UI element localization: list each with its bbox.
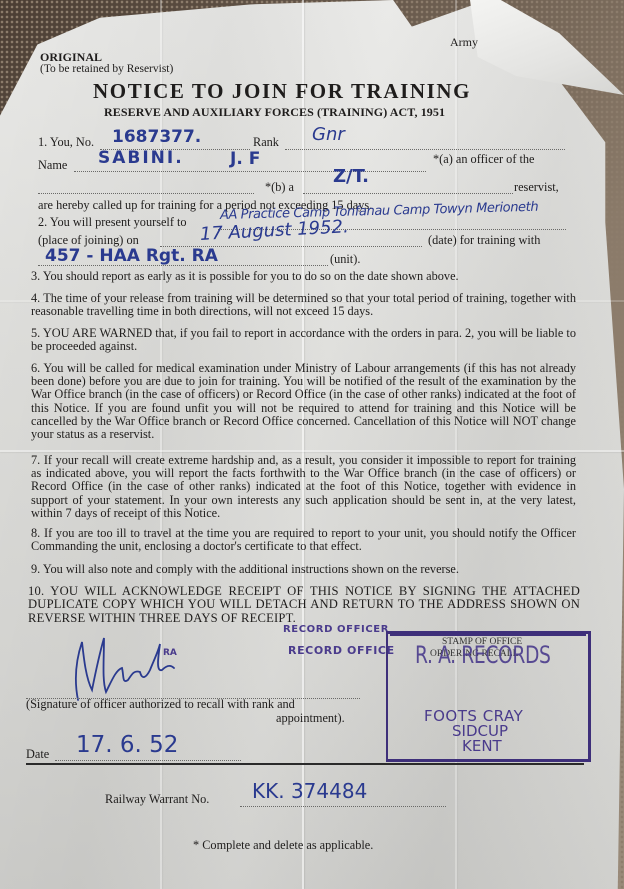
option-b-field-line (303, 192, 513, 194)
stamp-office-name: R. A. RECORDS (415, 641, 551, 669)
rank-value: Gnr (312, 124, 345, 145)
paragraph-4: 4. The time of your release from trainin… (31, 292, 576, 318)
officer-signature (70, 630, 180, 705)
issue-date-value: 17. 6. 52 (76, 732, 178, 758)
paragraph-9: 9. You will also note and comply with th… (31, 563, 576, 576)
footnote: * Complete and delete as applicable. (193, 838, 373, 853)
option-b-label: *(b) a (265, 180, 294, 195)
paragraph-10: 10. YOU WILL ACKNOWLEDGE RECEIPT OF THIS… (28, 585, 580, 625)
issue-date-field-line (55, 759, 241, 761)
signature-suffix: RA (163, 648, 177, 658)
railway-warrant-value: KK. 374484 (252, 779, 367, 803)
document-subtitle: RESERVE AND AUXILIARY FORCES (TRAINING) … (104, 105, 445, 120)
record-officer-stamp: RECORD OFFICER (283, 624, 389, 635)
surname-value: SABINI. (98, 148, 184, 168)
paragraph-5: 5. YOU ARE WARNED that, if you fail to r… (31, 327, 576, 353)
blank-field-line (38, 192, 254, 194)
issue-date-label: Date (26, 747, 49, 762)
signature-caption-continued: appointment). (276, 711, 345, 726)
service-number-value: 1687377. (112, 127, 201, 147)
railway-warrant-label: Railway Warrant No. (105, 792, 209, 807)
initials-value: J. F (230, 149, 260, 169)
paragraph-3: 3. You should report as early as it is p… (31, 270, 576, 283)
copy-note: (To be retained by Reservist) (40, 63, 173, 75)
date-label: (date) for training with (428, 233, 540, 248)
option-b-value: Z/T. (333, 166, 369, 187)
paragraph-6: 6. You will be called for medical examin… (31, 362, 576, 441)
stamp-address-line-3: KENT (462, 737, 502, 755)
option-a-text: *(a) an officer of the (433, 152, 535, 167)
paragraph-7: 7. If your recall will create extreme ha… (31, 454, 576, 520)
army-corner-label: Army (450, 35, 478, 50)
unit-label: (unit). (330, 252, 360, 267)
name-field-line (74, 170, 426, 172)
paragraph-8: 8. If you are too ill to travel at the t… (31, 527, 576, 553)
reservist-label: reservist, (514, 180, 559, 195)
document-title: NOTICE TO JOIN FOR TRAINING (93, 79, 471, 104)
present-label: 2. You will present yourself to (38, 215, 187, 230)
signature-caption: (Signature of officer authorized to reca… (26, 697, 295, 712)
section-divider (26, 763, 584, 765)
paper-crease (0, 450, 624, 452)
rank-label: Rank (253, 135, 279, 150)
name-label: Name (38, 158, 67, 173)
rank-field-line (285, 148, 565, 150)
paper-crease (302, 0, 304, 889)
record-office-stamp: RECORD OFFICE (288, 644, 395, 657)
unit-value: 457 - HAA Rgt. RA (45, 246, 218, 266)
service-number-label: 1. You, No. (38, 135, 94, 150)
railway-warrant-field-line (240, 805, 446, 807)
